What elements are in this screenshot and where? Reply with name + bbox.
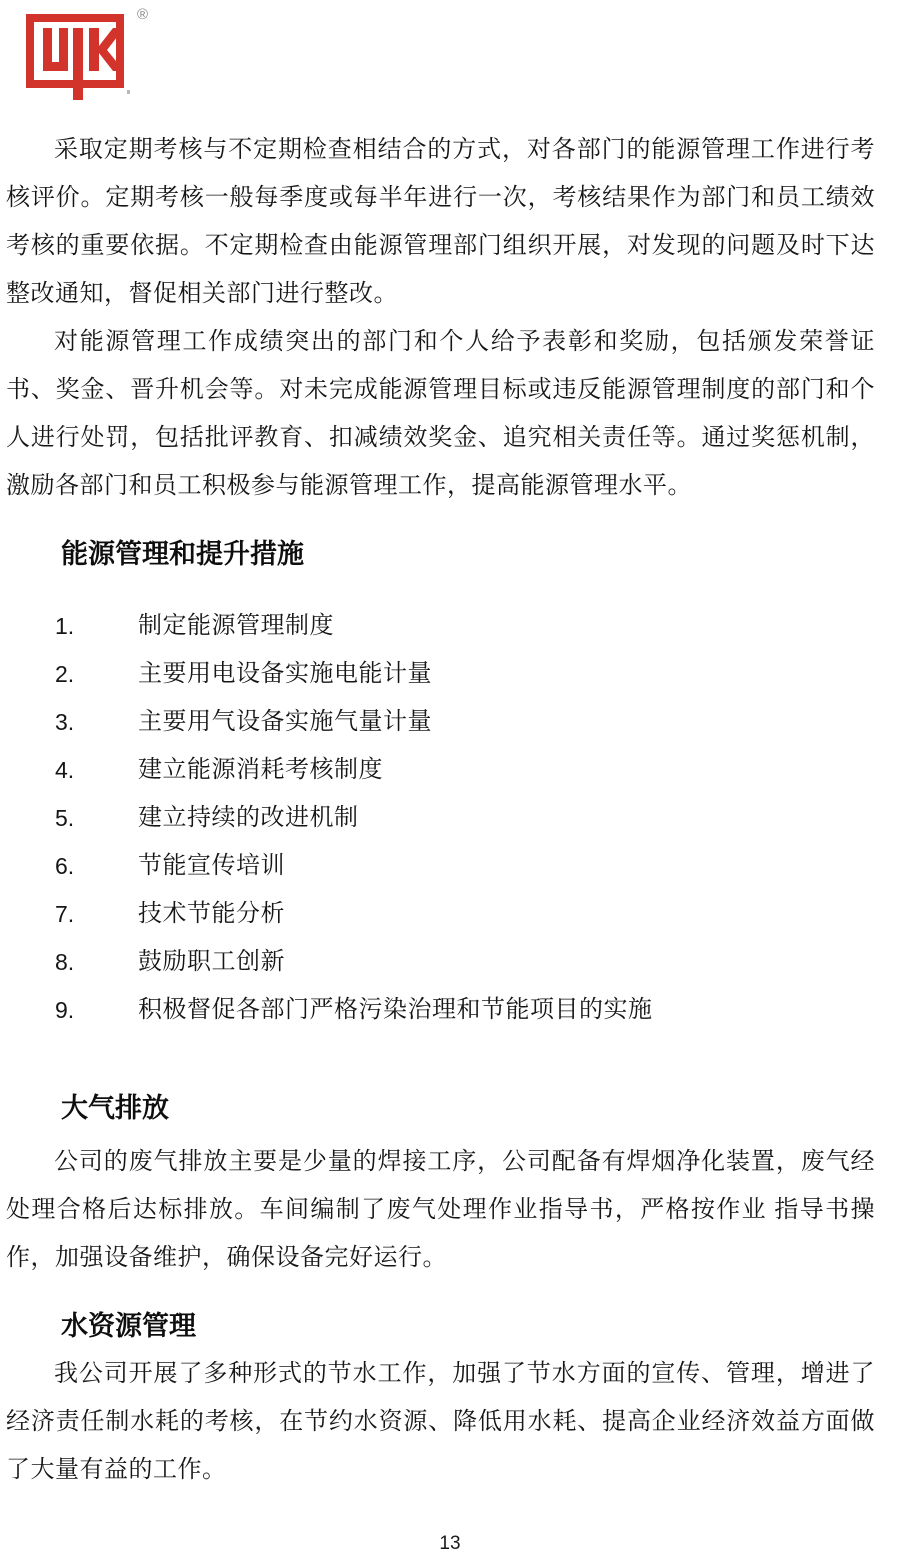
list-item-number: 6. [55,842,74,890]
paragraph-assessment: 采取定期考核与不定期检查相结合的方式，对各部门的能源管理工作进行考核评价。定期考… [6,126,875,318]
paragraph-air-emissions: 公司的废气排放主要是少量的焊接工序，公司配备有焊烟净化装置，废气经处理合格后达标… [6,1138,875,1282]
document-body: 采取定期考核与不定期检查相结合的方式，对各部门的能源管理工作进行考核评价。定期考… [6,126,875,1494]
list-item-text: 主要用气设备实施气量计量 [138,698,432,746]
paragraph-reward-punishment: 对能源管理工作成绩突出的部门和个人给予表彰和奖励，包括颁发荣誉证书、奖金、晋升机… [6,318,875,510]
list-item: 3. 主要用气设备实施气量计量 [6,698,875,746]
list-item-text: 主要用电设备实施电能计量 [138,650,432,698]
list-item-text: 建立能源消耗考核制度 [138,746,383,794]
list-item-text: 建立持续的改进机制 [138,794,359,842]
page-number: 13 [0,1533,900,1555]
document-page: ® 采取定期考核与不定期检查相结合的方式，对各部门的能源管理工作进行考核评价。定… [0,0,900,1563]
heading-energy-measures: 能源管理和提升措施 [61,536,875,572]
list-item-number: 8. [55,938,74,986]
list-item-number: 1. [55,602,74,650]
list-item-text: 节能宣传培训 [138,842,285,890]
paragraph-water-management: 我公司开展了多种形式的节水工作，加强了节水方面的宣传、管理，增进了经济责任制水耗… [6,1350,875,1494]
list-item: 9. 积极督促各部门严格污染治理和节能项目的实施 [6,986,875,1034]
heading-water-management: 水资源管理 [61,1308,875,1344]
list-item: 8. 鼓励职工创新 [6,938,875,986]
list-item-text: 制定能源管理制度 [138,602,334,650]
list-item: 7. 技术节能分析 [6,890,875,938]
list-item: 1. 制定能源管理制度 [6,602,875,650]
list-item: 6. 节能宣传培训 [6,842,875,890]
list-item-text: 技术节能分析 [138,890,285,938]
list-item: 5. 建立持续的改进机制 [6,794,875,842]
list-item-text: 积极督促各部门严格污染治理和节能项目的实施 [138,986,653,1034]
list-item: 2. 主要用电设备实施电能计量 [6,650,875,698]
heading-air-emissions: 大气排放 [61,1090,875,1126]
list-item-number: 5. [55,794,74,842]
registered-trademark-icon: ® [137,6,148,23]
list-item-number: 4. [55,746,74,794]
company-logo: ® [26,10,136,110]
list-item-number: 2. [55,650,74,698]
list-item-number: 9. [55,986,74,1034]
list-item-text: 鼓励职工创新 [138,938,285,986]
list-item-number: 7. [55,890,74,938]
list-item: 4. 建立能源消耗考核制度 [6,746,875,794]
list-item-number: 3. [55,698,74,746]
jk-monogram-icon [26,10,136,110]
energy-measures-list: 1. 制定能源管理制度 2. 主要用电设备实施电能计量 3. 主要用气设备实施气… [6,602,875,1034]
